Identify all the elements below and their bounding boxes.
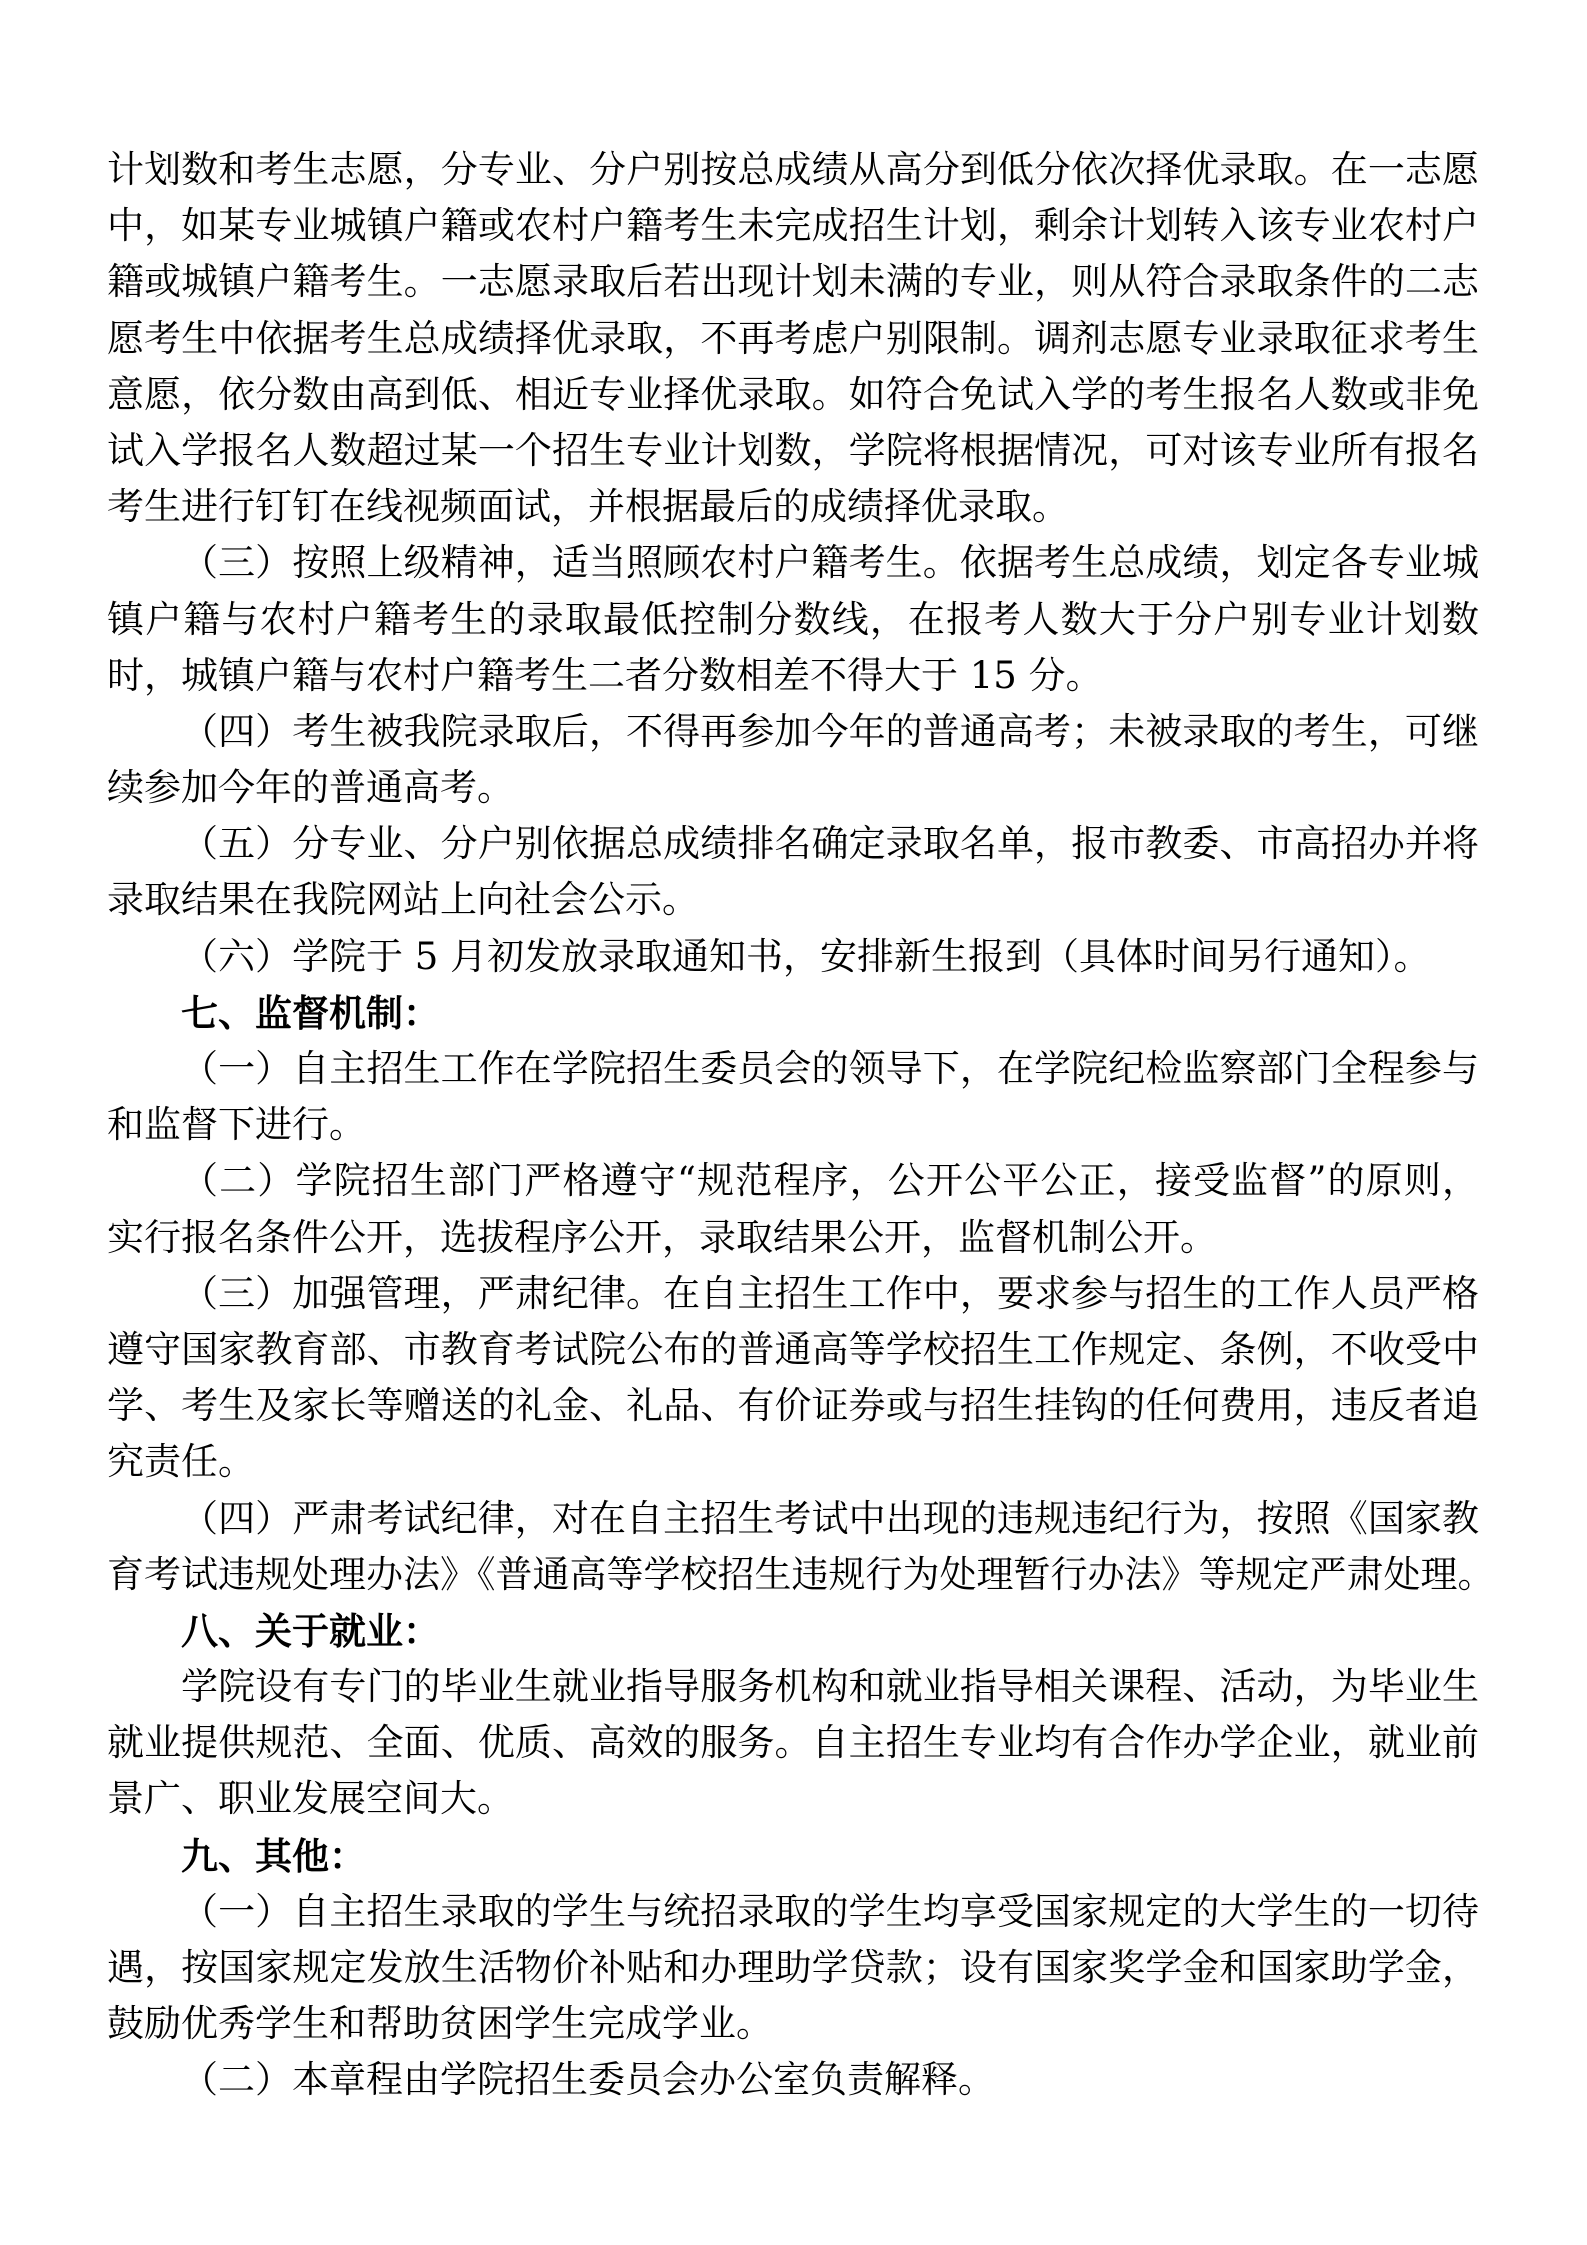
section-heading: 九、其他： <box>107 1828 1479 1884</box>
text-line: 录取结果在我院网站上向社会公示。 <box>107 872 1479 928</box>
text-line: 中，如某专业城镇户籍或农村户籍考生未完成招生计划，剩余计划转入该专业农村户 <box>107 198 1479 254</box>
text-line: （三）加强管理，严肃纪律。在自主招生工作中，要求参与招生的工作人员严格 <box>107 1266 1479 1322</box>
section-heading: 八、关于就业： <box>107 1603 1479 1659</box>
text-line: 就业提供规范、全面、优质、高效的服务。自主招生专业均有合作办学企业，就业前 <box>107 1715 1479 1771</box>
text-line: 究责任。 <box>107 1434 1479 1490</box>
text-line: （一）自主招生录取的学生与统招录取的学生均享受国家规定的大学生的一切待 <box>107 1884 1479 1940</box>
text-line: 续参加今年的普通高考。 <box>107 760 1479 816</box>
text-line: 镇户籍与农村户籍考生的录取最低控制分数线，在报考人数大于分户别专业计划数 <box>107 592 1479 648</box>
text-line: 试入学报名人数超过某一个招生专业计划数，学院将根据情况，可对该专业所有报名 <box>107 423 1479 479</box>
text-line: （四）考生被我院录取后，不得再参加今年的普通高考；未被录取的考生，可继 <box>107 704 1479 760</box>
text-line: （二）学院招生部门严格遵守“规范程序，公开公平公正，接受监督”的原则， <box>107 1153 1479 1209</box>
text-line: 学院设有专门的毕业生就业指导服务机构和就业指导相关课程、活动，为毕业生 <box>107 1659 1479 1715</box>
text-line: 遵守国家教育部、市教育考试院公布的普通高等学校招生工作规定、条例，不收受中 <box>107 1322 1479 1378</box>
text-line: 时，城镇户籍与农村户籍考生二者分数相差不得大于 15 分。 <box>107 648 1479 704</box>
text-line: 计划数和考生志愿，分专业、分户别按总成绩从高分到低分依次择优录取。在一志愿 <box>107 142 1479 198</box>
text-line: （四）严肃考试纪律，对在自主招生考试中出现的违规违纪行为，按照《国家教 <box>107 1491 1479 1547</box>
text-line: 鼓励优秀学生和帮助贫困学生完成学业。 <box>107 1996 1479 2052</box>
text-line: （一）自主招生工作在学院招生委员会的领导下，在学院纪检监察部门全程参与 <box>107 1041 1479 1097</box>
text-line: 愿考生中依据考生总成绩择优录取，不再考虑户别限制。调剂志愿专业录取征求考生 <box>107 311 1479 367</box>
text-line: （六）学院于 5 月初发放录取通知书，安排新生报到（具体时间另行通知）。 <box>107 929 1479 985</box>
document-body: 计划数和考生志愿，分专业、分户别按总成绩从高分到低分依次择优录取。在一志愿中，如… <box>107 142 1479 2109</box>
text-line: 景广、职业发展空间大。 <box>107 1771 1479 1827</box>
text-line: 学、考生及家长等赠送的礼金、礼品、有价证券或与招生挂钩的任何费用，违反者追 <box>107 1378 1479 1434</box>
text-line: 育考试违规处理办法》《普通高等学校招生违规行为处理暂行办法》等规定严肃处理。 <box>107 1547 1479 1603</box>
text-line: （三）按照上级精神，适当照顾农村户籍考生。依据考生总成绩，划定各专业城 <box>107 535 1479 591</box>
text-line: （二）本章程由学院招生委员会办公室负责解释。 <box>107 2052 1479 2108</box>
section-heading: 七、监督机制： <box>107 985 1479 1041</box>
text-line: 意愿，依分数由高到低、相近专业择优录取。如符合免试入学的考生报名人数或非免 <box>107 367 1479 423</box>
text-line: （五）分专业、分户别依据总成绩排名确定录取名单，报市教委、市高招办并将 <box>107 816 1479 872</box>
text-line: 籍或城镇户籍考生。一志愿录取后若出现计划未满的专业，则从符合录取条件的二志 <box>107 254 1479 310</box>
text-line: 遇，按国家规定发放生活物价补贴和办理助学贷款；设有国家奖学金和国家助学金， <box>107 1940 1479 1996</box>
document-page: 计划数和考生志愿，分专业、分户别按总成绩从高分到低分依次择优录取。在一志愿中，如… <box>0 0 1587 2245</box>
text-line: 和监督下进行。 <box>107 1097 1479 1153</box>
text-line: 实行报名条件公开，选拔程序公开，录取结果公开，监督机制公开。 <box>107 1210 1479 1266</box>
text-line: 考生进行钉钉在线视频面试，并根据最后的成绩择优录取。 <box>107 479 1479 535</box>
